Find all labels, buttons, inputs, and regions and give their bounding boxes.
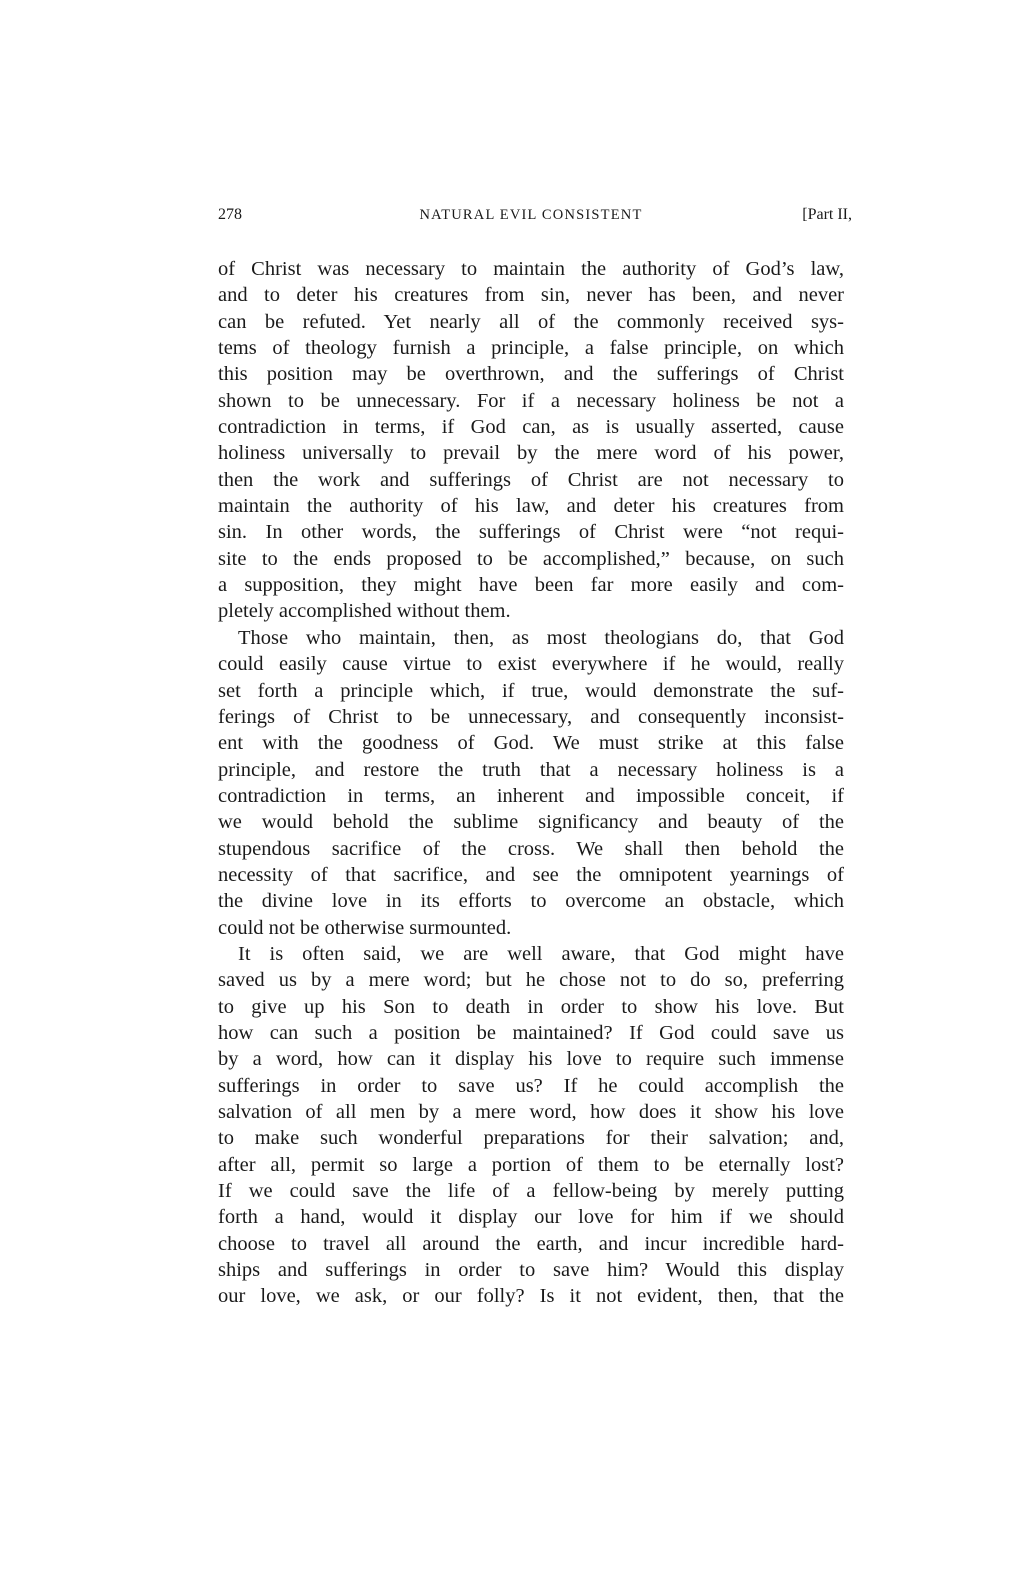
text-line: and to deter his creatures from sin, nev… <box>218 282 844 308</box>
text-line: principle, and restore the truth that a … <box>218 757 844 783</box>
text-line: sin. In other words, the sufferings of C… <box>218 519 844 545</box>
running-title: NATURAL EVIL CONSISTENT <box>218 202 844 228</box>
text-line: saved us by a mere word; but he chose no… <box>218 967 844 993</box>
text-line: a supposition, they might have been far … <box>218 572 844 598</box>
paragraph-2: Those who maintain, then, as most theolo… <box>218 625 844 941</box>
book-page: 278 NATURAL EVIL CONSISTENT [Part II, of… <box>218 202 844 1310</box>
text-line: choose to travel all around the earth, a… <box>218 1231 844 1257</box>
paragraph-1: of Christ was necessary to maintain the … <box>218 256 844 625</box>
text-line: after all, permit so large a portion of … <box>218 1152 844 1178</box>
text-line: Those who maintain, then, as most theolo… <box>218 625 844 651</box>
text-line: maintain the authority of his law, and d… <box>218 493 844 519</box>
text-line: sufferings in order to save us? If he co… <box>218 1073 844 1099</box>
text-line: If we could save the life of a fellow-be… <box>218 1178 844 1204</box>
text-line: of Christ was necessary to maintain the … <box>218 256 844 282</box>
text-line: pletely accomplished without them. <box>218 598 844 624</box>
text-line: ships and sufferings in order to save hi… <box>218 1257 844 1283</box>
text-line: site to the ends proposed to be accompli… <box>218 546 844 572</box>
text-line: ferings of Christ to be unnecessary, and… <box>218 704 844 730</box>
text-line: It is often said, we are well aware, tha… <box>218 941 844 967</box>
text-line: set forth a principle which, if true, wo… <box>218 678 844 704</box>
text-line: shown to be unnecessary. For if a necess… <box>218 388 844 414</box>
text-line: forth a hand, would it display our love … <box>218 1204 844 1230</box>
text-line: necessity of that sacrifice, and see the… <box>218 862 844 888</box>
body-text: of Christ was necessary to maintain the … <box>218 256 844 1310</box>
text-line: holiness universally to prevail by the m… <box>218 440 844 466</box>
text-line: contradiction in terms, if God can, as i… <box>218 414 844 440</box>
paragraph-3: It is often said, we are well aware, tha… <box>218 941 844 1310</box>
text-line: we would behold the sublime significancy… <box>218 809 844 835</box>
text-line: our love, we ask, or our folly? Is it no… <box>218 1283 844 1309</box>
text-line: tems of theology furnish a principle, a … <box>218 335 844 361</box>
text-line: could not be otherwise surmounted. <box>218 915 844 941</box>
text-line: salvation of all men by a mere word, how… <box>218 1099 844 1125</box>
part-label: [Part II, <box>802 202 852 228</box>
text-line: contradiction in terms, an inherent and … <box>218 783 844 809</box>
text-line: can be refuted. Yet nearly all of the co… <box>218 309 844 335</box>
text-line: the divine love in its efforts to overco… <box>218 888 844 914</box>
text-line: this position may be overthrown, and the… <box>218 361 844 387</box>
text-line: ent with the goodness of God. We must st… <box>218 730 844 756</box>
text-line: could easily cause virtue to exist every… <box>218 651 844 677</box>
text-line: stupendous sacrifice of the cross. We sh… <box>218 836 844 862</box>
text-line: then the work and sufferings of Christ a… <box>218 467 844 493</box>
running-head: 278 NATURAL EVIL CONSISTENT [Part II, <box>218 202 844 228</box>
text-line: by a word, how can it display his love t… <box>218 1046 844 1072</box>
text-line: to make such wonderful preparations for … <box>218 1125 844 1151</box>
text-line: how can such a position be maintained? I… <box>218 1020 844 1046</box>
text-line: to give up his Son to death in order to … <box>218 994 844 1020</box>
